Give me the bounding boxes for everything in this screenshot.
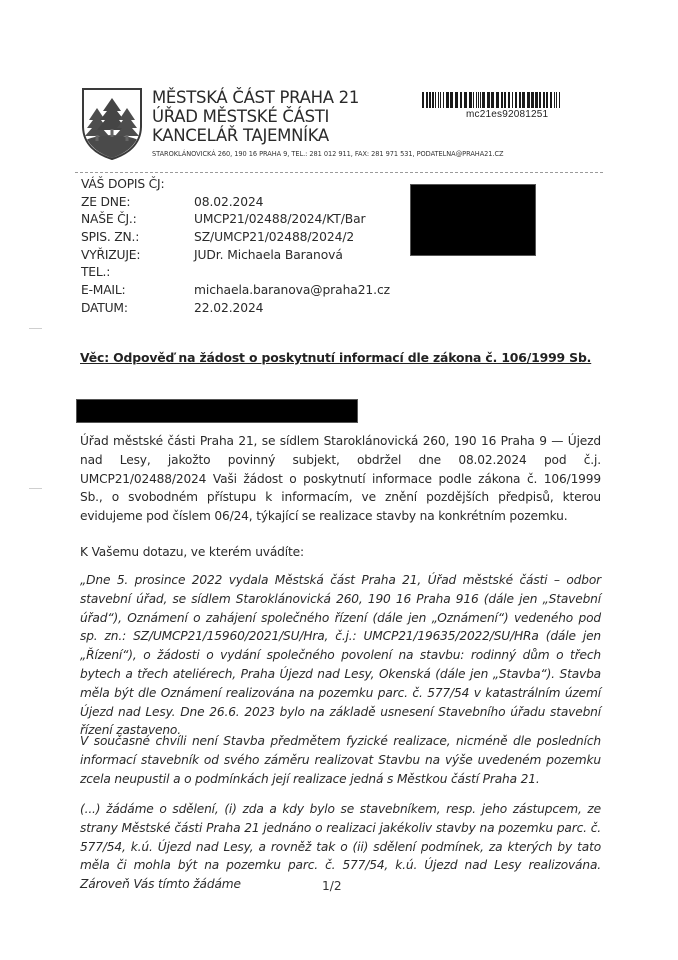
redacted-salutation [76,399,358,423]
reference-value: 22.02.2024 [194,300,263,318]
header-divider [75,172,603,173]
reference-row: DATUM:22.02.2024 [81,300,390,318]
reference-row: VYŘIZUJE:JUDr. Michaela Baranová [81,247,390,265]
reference-label: DATUM: [81,300,194,318]
reference-label: ZE DNE: [81,194,194,212]
reference-label: VÁŠ DOPIS ČJ: [81,176,194,194]
reference-label: SPIS. ZN.: [81,229,194,247]
org-office: ÚŘAD MĚSTSKÉ ČÁSTI [152,107,504,126]
subject-line: Věc: Odpověď na žádost o poskytnutí info… [80,350,591,365]
reference-value: UMCP21/02488/2024/KT/Bar [194,211,366,229]
coat-of-arms-icon [80,86,144,161]
page-number: 1/2 [322,879,342,893]
reference-label: TEL.: [81,264,194,282]
org-department: KANCELÁŘ TAJEMNÍKA [152,126,504,145]
punch-hole-mark [29,488,42,489]
document-page: MĚSTSKÁ ČÁST PRAHA 21 ÚŘAD MĚSTSKÉ ČÁSTI… [0,0,678,960]
quoted-request-paragraph-1: „Dne 5. prosince 2022 vydala Městská čás… [80,571,601,740]
punch-hole-mark [29,328,42,329]
reference-row: E-MAIL:michaela.baranova@praha21.cz [81,282,390,300]
reference-value: michaela.baranova@praha21.cz [194,282,390,300]
reference-label: E-MAIL: [81,282,194,300]
reference-value: JUDr. Michaela Baranová [194,247,343,265]
lead-in-paragraph: K Vašemu dotazu, ve kterém uvádíte: [80,543,601,562]
barcode-icon [422,92,562,108]
reference-row: ZE DNE:08.02.2024 [81,194,390,212]
barcode-text: mc21es92081251 [466,109,548,120]
org-address: STAROKLÁNOVICKÁ 260, 190 16 PRAHA 9, TEL… [152,149,504,159]
reference-value: SZ/UMCP21/02488/2024/2 [194,229,354,247]
reference-row: NAŠE ČJ.:UMCP21/02488/2024/KT/Bar [81,211,390,229]
reference-value: 08.02.2024 [194,194,263,212]
reference-row: VÁŠ DOPIS ČJ: [81,176,390,194]
intro-paragraph: Úřad městské části Praha 21, se sídlem S… [80,432,601,526]
quoted-request-paragraph-2: V současné chvíli není Stavba předmětem … [80,732,601,788]
redacted-recipient-address [410,184,536,256]
reference-table: VÁŠ DOPIS ČJ: ZE DNE:08.02.2024 NAŠE ČJ.… [81,176,390,318]
reference-label: VYŘIZUJE: [81,247,194,265]
reference-row: TEL.: [81,264,390,282]
reference-row: SPIS. ZN.:SZ/UMCP21/02488/2024/2 [81,229,390,247]
reference-label: NAŠE ČJ.: [81,211,194,229]
